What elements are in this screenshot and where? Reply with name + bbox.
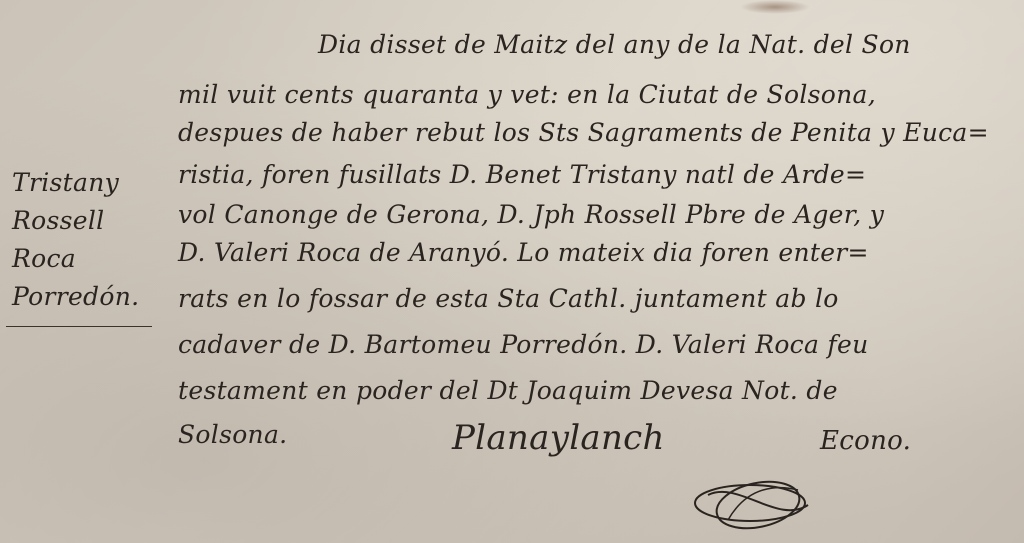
- document-page: Tristany Rossell Roca Porredón. Dia diss…: [0, 0, 1024, 543]
- margin-name-rossell: Rossell: [12, 206, 104, 235]
- signature-flourish-icon: [688, 475, 818, 535]
- body-line-10: Solsona.: [178, 420, 287, 449]
- body-line-8: cadaver de D. Bartomeu Porredón. D. Vale…: [178, 330, 868, 359]
- body-line-9: testament en poder del Dt Joaquim Devesa…: [178, 376, 838, 405]
- body-line-4: ristia, foren fusillats D. Benet Tristan…: [178, 160, 866, 189]
- body-line-5: vol Canonge de Gerona, D. Jph Rossell Pb…: [178, 200, 884, 229]
- margin-name-roca: Roca: [12, 244, 76, 273]
- body-line-6: D. Valeri Roca de Aranyó. Lo mateix dia …: [178, 238, 869, 267]
- body-line-3: despues de haber rebut los Sts Sagrament…: [178, 118, 989, 147]
- body-line-7: rats en lo fossar de esta Sta Cathl. jun…: [178, 284, 839, 313]
- body-line-2: mil vuit cents quaranta y vet: en la Ciu…: [178, 80, 876, 109]
- signature-title: Econo.: [820, 426, 911, 456]
- body-line-1: Dia disset de Maitz del any de la Nat. d…: [318, 30, 911, 59]
- margin-name-tristany: Tristany: [12, 168, 119, 197]
- margin-divider: [6, 326, 152, 327]
- ink-stain: [740, 0, 810, 14]
- margin-name-porredon: Porredón.: [12, 282, 139, 311]
- signature-name: Planaylanch: [452, 418, 665, 458]
